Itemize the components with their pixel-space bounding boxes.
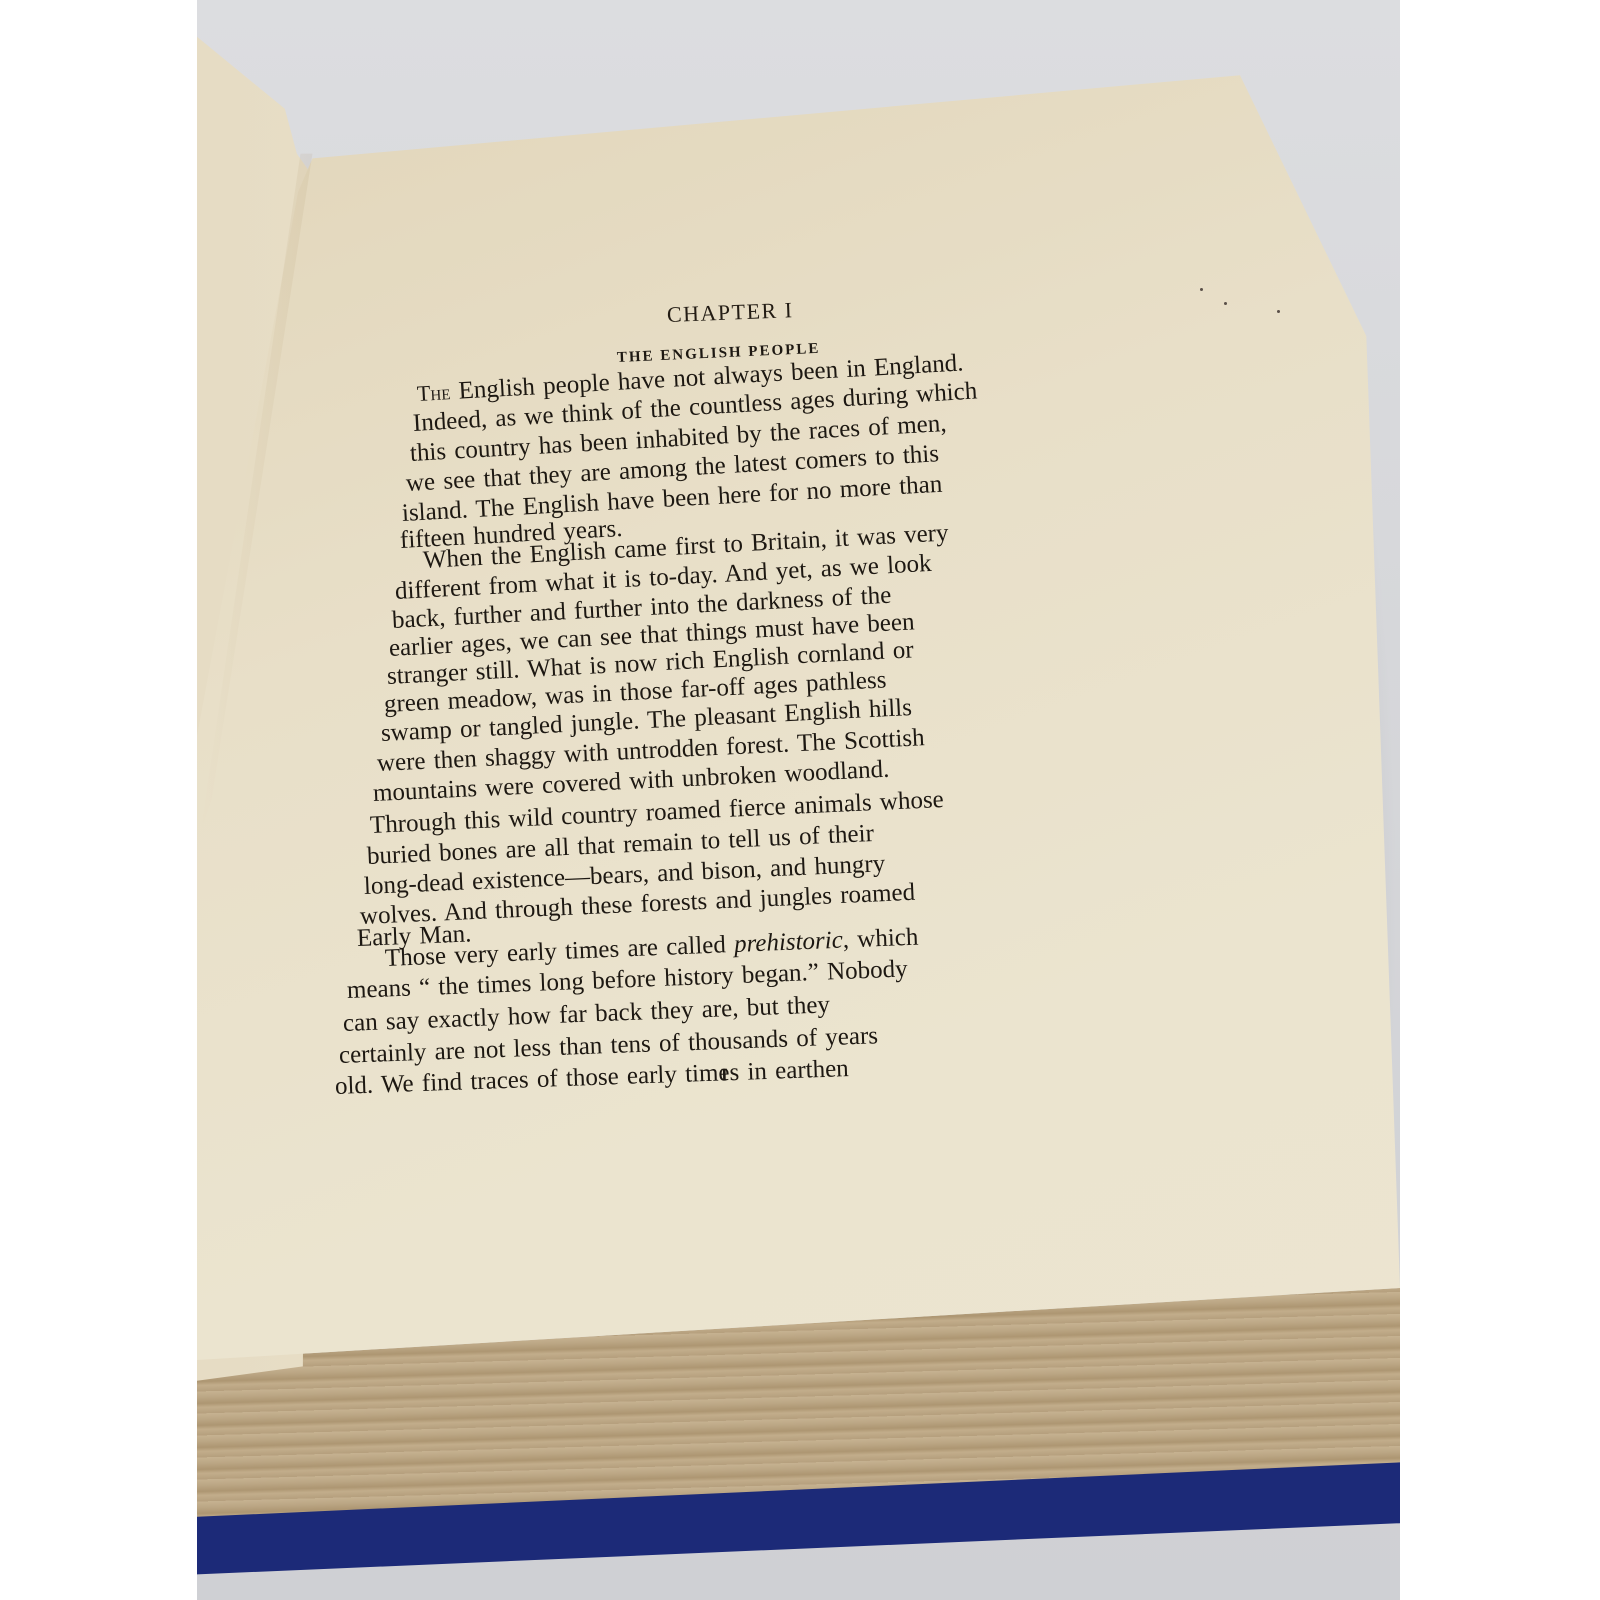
paper-speck — [1277, 310, 1280, 313]
page-text: CHAPTER I THE ENGLISH PEOPLE The English… — [197, 0, 1400, 1600]
book-photo: CHAPTER I THE ENGLISH PEOPLE The English… — [197, 0, 1400, 1600]
page-number: I — [721, 1065, 728, 1085]
paper-speck — [1224, 302, 1227, 305]
paper-speck — [1200, 288, 1203, 291]
small-caps-word: The — [416, 379, 451, 406]
chapter-heading: CHAPTER I — [667, 297, 794, 328]
italic-word: prehistoric — [734, 927, 844, 958]
